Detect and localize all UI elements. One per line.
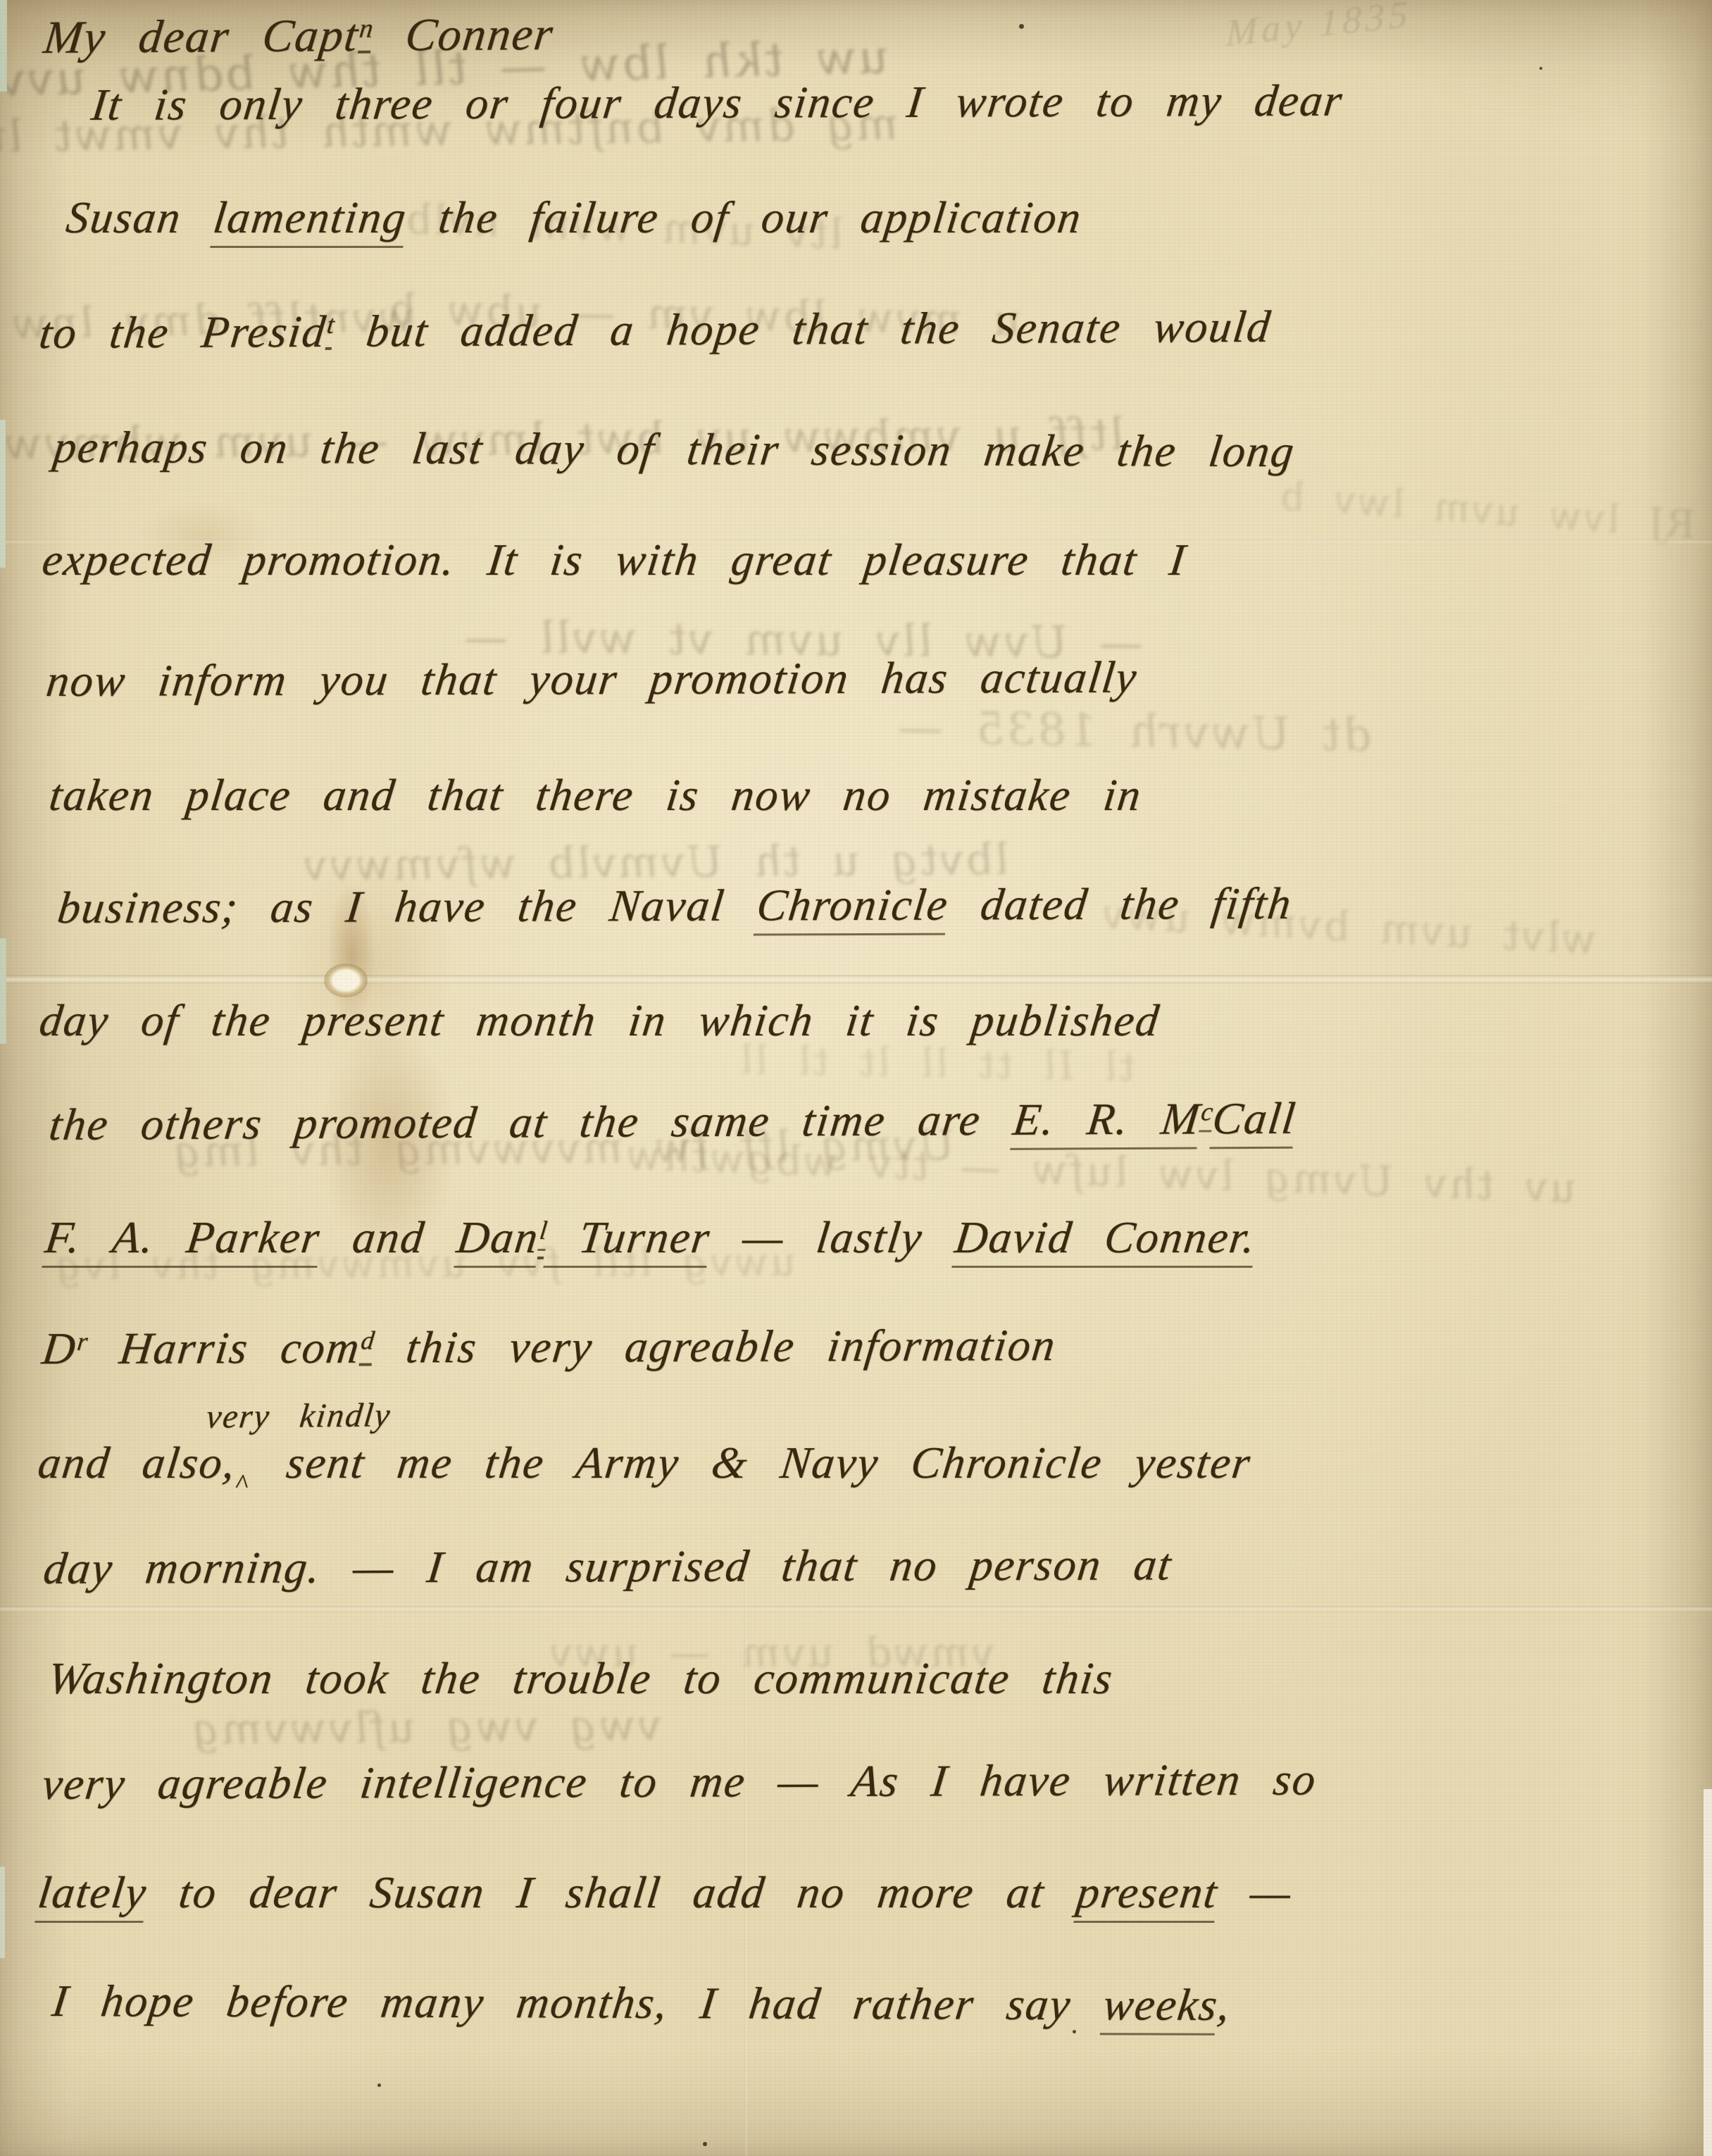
text-segment: Susan	[63, 192, 217, 242]
letter-line-5: expected promotion. It is with great ple…	[39, 534, 1189, 586]
text-segment: E. R. M	[1010, 1093, 1204, 1149]
text-segment: D	[39, 1323, 80, 1373]
scan-edge-sliver	[1704, 1789, 1712, 2156]
letter-line-9: day of the present month in which it is …	[37, 995, 1163, 1047]
text-segment: sent me the Army & Navy Chronicle yester	[251, 1438, 1254, 1488]
letter-line-7: taken place and that there is now no mis…	[46, 769, 1145, 821]
letter-line-18: I hope before many months, I had rather …	[49, 1975, 1234, 2031]
text-segment: It is only three or four days since I wr…	[89, 75, 1346, 130]
text-segment: perhaps on the last day of their session…	[51, 422, 1298, 476]
ink-speck	[377, 2083, 381, 2087]
text-segment: —	[1215, 1867, 1295, 1917]
text-segment: taken place and that there is now no mis…	[46, 770, 1144, 820]
ink-speck	[1539, 67, 1542, 70]
scan-edge-sliver	[0, 1867, 5, 1958]
text-segment: lately	[35, 1867, 150, 1923]
letter-line-3: to the Presidt but added a hope that the…	[37, 301, 1274, 359]
scan-edge-sliver	[0, 938, 6, 1044]
bleedthrough-ghost-line: dt Uwvrh 1835 —	[877, 702, 1391, 763]
letter-line-11: F. A. Parker and Danl Turner — lastly Da…	[42, 1211, 1259, 1264]
text-segment: lamenting	[210, 192, 410, 248]
letter-line-1: It is only three or four days since I wr…	[89, 75, 1347, 131]
letter-line-6: now inform you that your promotion has a…	[44, 652, 1141, 707]
text-segment: Dan	[454, 1212, 542, 1268]
letter-line-8: business; as I have the Naval Chronicle …	[55, 878, 1295, 934]
text-segment: Conner	[370, 8, 556, 61]
scan-edge-sliver	[0, 420, 6, 568]
paper-hole	[324, 964, 368, 997]
text-segment: F. A. Parker	[42, 1212, 323, 1268]
text-segment: day morning. — I am surprised that no pe…	[41, 1539, 1175, 1593]
text-segment: now inform you that your promotion has a…	[44, 652, 1140, 706]
letter-page: uw tkh lbw — tll thw bdnw uvvmg dmv bnft…	[0, 0, 1712, 2156]
text-segment: and	[318, 1212, 461, 1262]
letter-line-16: very agreable intelligence to me — As I …	[39, 1754, 1320, 1810]
text-segment: the others promoted at the same time are	[46, 1095, 1016, 1149]
letter-line-10: the others promoted at the same time are…	[46, 1092, 1299, 1151]
text-segment: expected promotion. It is with great ple…	[39, 535, 1189, 585]
text-segment: Call	[1209, 1093, 1299, 1149]
text-segment: ^	[234, 1469, 251, 1500]
text-segment: weeks	[1100, 1979, 1222, 2036]
text-segment: very kindly	[204, 1397, 393, 1435]
letter-line-12: Dr Harris comd this very agreable inform…	[39, 1319, 1059, 1375]
fold-crease	[0, 1606, 1712, 1612]
pencil-annotation: May 1835	[1226, 0, 1412, 55]
text-segment: but added a hope that the Senate would	[331, 301, 1274, 356]
text-segment: business; as I have the Naval	[55, 880, 760, 933]
text-segment: Turner	[543, 1212, 713, 1268]
text-segment: My dear Capt	[41, 10, 361, 63]
text-segment: Harris com	[85, 1322, 363, 1373]
letter-line-15: Washington took the trouble to communica…	[45, 1652, 1116, 1705]
insertion-line: very kindly	[204, 1396, 393, 1436]
text-segment: Chronicle	[754, 880, 951, 936]
letter-line-2: Susan lamenting the failure of our appli…	[63, 192, 1085, 244]
letter-line-17: lately to dear Susan I shall add no more…	[35, 1867, 1295, 1919]
ink-speck	[703, 2142, 707, 2146]
text-segment: day of the present month in which it is …	[37, 995, 1163, 1045]
text-segment: dated the fifth	[946, 878, 1295, 930]
scan-edge-sliver	[0, 0, 7, 92]
text-segment: the failure of our application	[404, 192, 1085, 242]
text-segment: David Conner.	[951, 1212, 1259, 1268]
bleedthrough-ghost-line: RJ lvw uvm lwv b	[1294, 475, 1699, 547]
text-segment: I hope before many months, I had rather …	[49, 1976, 1106, 2029]
letter-line-4: perhaps on the last day of their session…	[51, 421, 1298, 478]
letter-line-14: day morning. — I am surprised that no pe…	[41, 1538, 1175, 1595]
ink-speck	[1019, 24, 1024, 29]
text-segment: very agreable intelligence to me — As I …	[39, 1755, 1320, 1809]
text-segment: and also,	[35, 1438, 239, 1488]
text-segment: — lastly	[708, 1212, 958, 1262]
text-segment: to the Presid	[37, 306, 329, 358]
text-segment: present	[1073, 1867, 1221, 1923]
text-segment: to dear Susan I shall add no more at	[144, 1867, 1080, 1917]
bleedthrough-ghost-line: uv thv Uvmg lvw lufw — ttv wbgwthw	[1046, 1146, 1580, 1212]
salutation-line: My dear Captn Conner	[41, 8, 557, 65]
bleedthrough-ghost-line: vwg vwg uflvwvmg	[74, 1700, 777, 1756]
text-segment: this very agreable information	[371, 1320, 1059, 1372]
fold-crease	[0, 975, 1712, 984]
text-segment: Washington took the trouble to communica…	[45, 1653, 1116, 1703]
letter-line-13: and also,^ sent me the Army & Navy Chron…	[35, 1437, 1254, 1489]
